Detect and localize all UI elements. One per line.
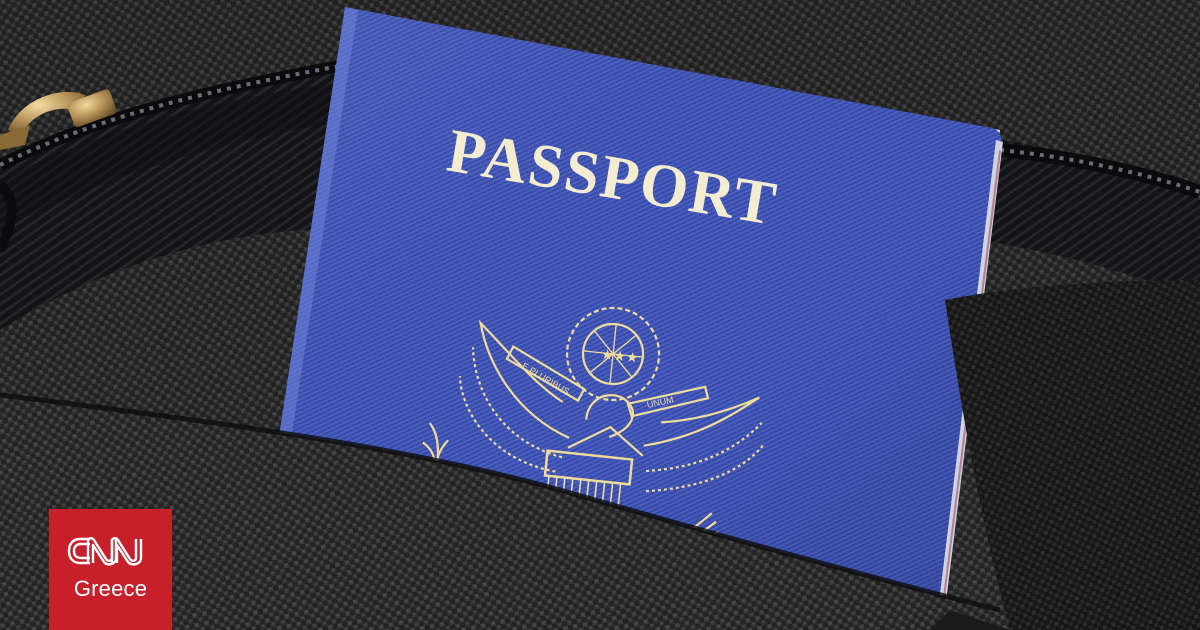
logo-subtitle: Greece [74,577,147,601]
cnn-greece-logo[interactable]: Greece [49,509,172,630]
photo-scene: PASSPORT ★★★ [0,0,1200,630]
cnn-logo-icon [66,531,156,571]
